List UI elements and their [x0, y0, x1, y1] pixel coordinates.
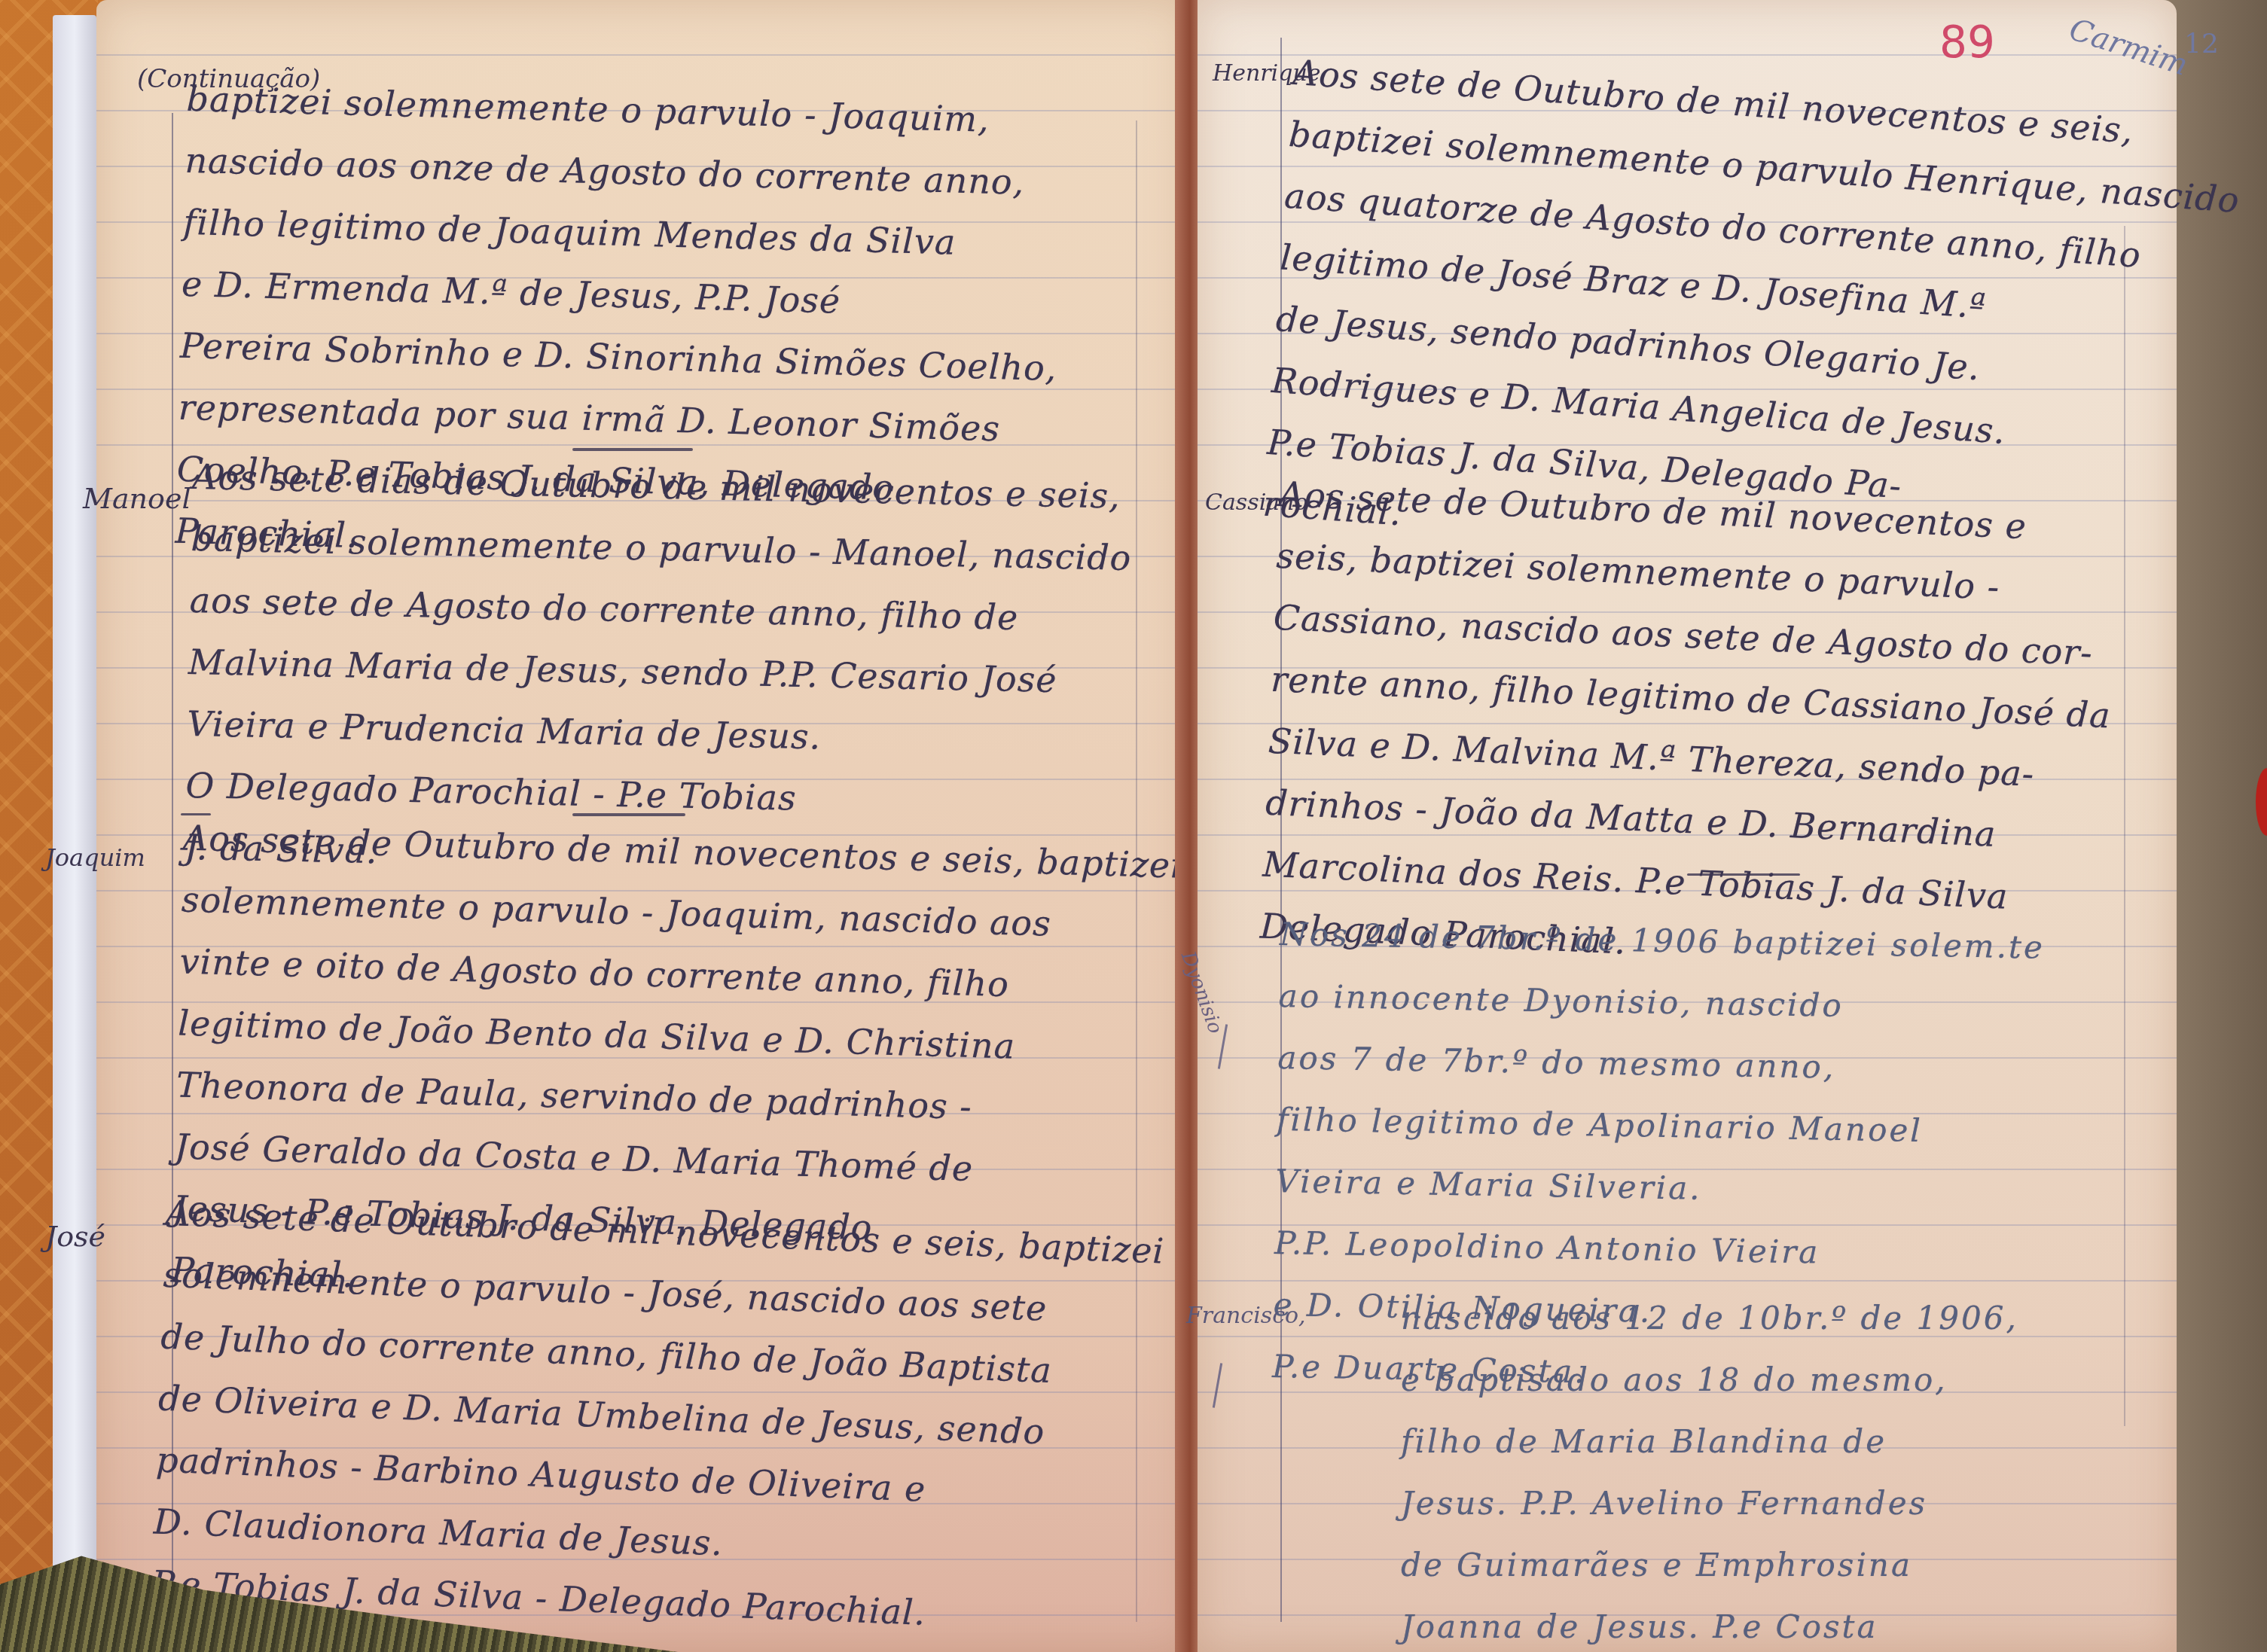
margin-name: José: [45, 1220, 105, 1253]
register-entry: Aos sete de Outubro de mil novecentos e …: [150, 1182, 1165, 1652]
entry-line: e baptisado aos 18 do mesmo,: [1401, 1349, 2018, 1411]
entry-line: filho de Maria Blandina de: [1401, 1411, 2018, 1473]
entry-line: nascido aos 12 de 10br.º de 1906,: [1401, 1288, 2018, 1349]
margin-name: Joaquim: [45, 843, 145, 872]
entry-line: Joanna de Jesus. P.e Costa: [1401, 1596, 2018, 1652]
folio-number: 89: [1939, 17, 1995, 68]
entry-separator: [572, 813, 685, 816]
margin-name: Francisco,: [1186, 1303, 1306, 1329]
register-entry: nascido aos 12 de 10br.º de 1906, e bapt…: [1401, 1288, 2018, 1652]
entry-separator: [1687, 873, 1800, 876]
entry-line: de Guimarães e Emphrosina: [1401, 1535, 2018, 1596]
margin-name: Manoel: [83, 482, 191, 515]
entry-line: Jesus. P.P. Avelino Fernandes: [1401, 1473, 2018, 1535]
entry-separator: [572, 448, 693, 451]
folio-corner-number: 12: [2184, 29, 2219, 59]
book-cover-edge: [53, 15, 96, 1596]
